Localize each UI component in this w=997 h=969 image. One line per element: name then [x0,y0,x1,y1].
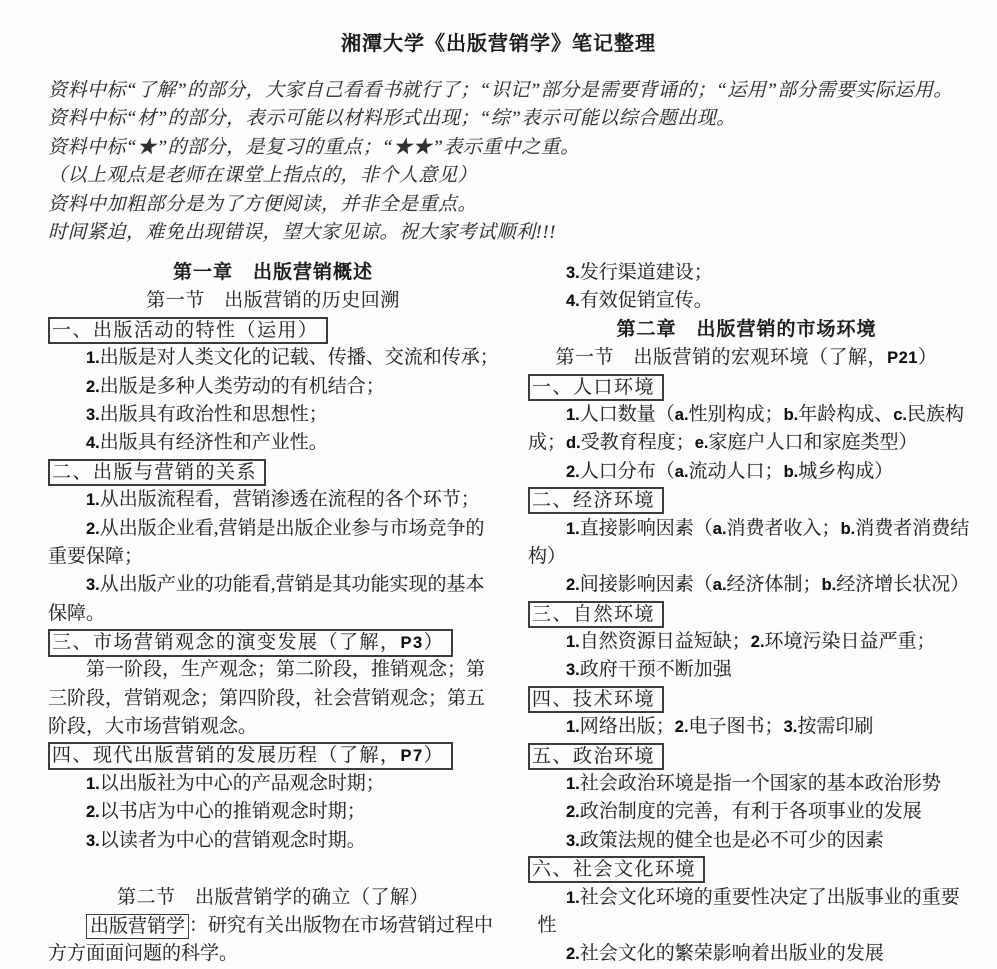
doc-line: 1.出版是对人类文化的记载、传播、交流和传承； [48,344,498,372]
bold-marker-text: 2. [566,576,580,594]
doc-line: 第一阶段，生产观念；第二阶段，推销观念；第 [48,656,498,684]
intro-line: 资料中标“了解”的部分，大家自己看看书就行了；“识记”部分是需要背诵的；“运用”… [48,77,957,105]
boxed-heading-line: 五、政治环境 [528,742,965,770]
boxed-heading-line: 二、出版与营销的关系 [48,458,498,486]
inline-boxed-term: 出版营销学 [86,914,189,939]
text-run: 第一节 出版营销的历史回溯 [146,290,400,311]
text-run: 二、出版与营销的关系 [52,462,257,483]
bold-marker-text: P3 [401,634,424,652]
text-run: 流动人口； [689,461,784,482]
text-run: 五、政治环境 [532,746,655,767]
text-run: 间接影响因素（ [580,574,713,595]
text-run: 发行渠道建设； [580,262,713,283]
text-run: 以读者为中心的营销观念时期。 [100,830,366,851]
text-run: 直接影响因素（ [580,518,713,539]
doc-line: 1.人口数量（a.性别构成；b.年龄构成、c.民族构 [528,401,965,429]
bold-marker-text: b. [784,406,799,424]
page-title: 湘潭大学《出版营销学》笔记整理 [0,0,997,56]
boxed-heading-line: 二、经济环境 [528,486,965,514]
doc-line: 4.出版具有经济性和产业性。 [48,429,498,457]
intro-line: 资料中加粗部分是为了方便阅读，并非全是重点。 [48,191,957,219]
bold-marker-text: b. [841,520,856,538]
text-run: 社会文化的繁荣影响着出版业的发展 [580,943,884,964]
text-run: 性 [538,915,557,936]
doc-line: 1.从出版流程看，营销渗透在流程的各个环节； [48,486,498,514]
text-run: 政治制度的完善，有利于各项事业的发展 [580,801,922,822]
doc-line: 成；d.受教育程度；e.家庭户人口和家庭类型） [528,429,965,457]
text-run: 社会政治环境是指一个国家的基本政治形势 [580,773,941,794]
text-run: 阶段，大市场营销观念。 [48,716,257,737]
doc-line: 三阶段，营销观念；第四阶段，社会营销观念；第五 [48,685,498,713]
document-page: 湘潭大学《出版营销学》笔记整理 资料中标“了解”的部分，大家自己看看书就行了；“… [0,0,997,969]
bold-marker-text: P21 [887,349,918,367]
doc-line: 出版营销学：研究有关出版物在市场营销过程中 [48,912,498,940]
text-run: 有效促销宣传。 [580,290,713,311]
intro-notes: 资料中标“了解”的部分，大家自己看看书就行了；“识记”部分是需要背诵的；“运用”… [48,77,957,247]
text-run: 出版是对人类文化的记载、传播、交流和传承； [100,347,499,368]
bold-marker-text: c. [893,406,907,424]
text-run: 第一章 出版营销概述 [173,262,373,283]
heading-box: 二、出版与营销的关系 [48,459,266,486]
text-run: 出版具有政治性和思想性； [100,404,328,425]
intro-line: （以上观点是老师在课堂上指点的，非个人意见） [48,162,957,190]
doc-line: 构） [528,543,965,571]
doc-line: 保障。 [48,600,498,628]
doc-line: 重要保障； [48,543,498,571]
text-run: 网络出版； [580,716,675,737]
text-run: 二、经济环境 [532,490,655,511]
text-run: 以出版社为中心的产品观念时期； [100,773,385,794]
doc-line: 1.社会政治环境是指一个国家的基本政治形势 [528,770,965,798]
doc-line: 性 [528,912,965,940]
doc-line: 2.出版是多种人类劳动的有机结合； [48,373,498,401]
text-run: 构） [528,546,566,567]
bold-marker-text: 3. [566,264,580,282]
bold-marker-text: 1. [566,775,580,793]
text-run: 第一节 出版营销的宏观环境（了解， [556,347,888,368]
doc-line: 2.以书店为中心的推销观念时期； [48,798,498,826]
text-run: 六、社会文化环境 [532,859,696,880]
right-column: 3.发行渠道建设；4.有效促销宣传。第二章 出版营销的市场环境第一节 出版营销的… [528,259,965,969]
text-run: 政府干预不断加强 [580,659,732,680]
bold-marker-text: 3. [566,832,580,850]
bold-marker-text: a. [675,406,689,424]
intro-line: 时间紧迫，难免出现错误，望大家见谅。祝大家考试顺利!!! [48,219,957,247]
doc-line: 4.有效促销宣传。 [528,287,965,315]
section-heading: 第二节 出版营销学的确立（了解） [48,884,498,912]
bold-marker-text: 2. [675,718,689,736]
bold-marker-text: 2. [86,803,100,821]
two-column-layout: 第一章 出版营销概述第一节 出版营销的历史回溯一、出版活动的特性（运用）1.出版… [48,259,965,969]
text-run: 城乡构成） [798,461,893,482]
bold-marker-text: 1. [86,775,100,793]
text-run: 电子图书； [689,716,784,737]
doc-line: 方方面面问题的科学。 [48,940,498,968]
text-run: 出版具有经济性和产业性。 [100,432,328,453]
doc-line: 1.社会文化环境的重要性决定了出版事业的重要 [528,884,965,912]
doc-line: 1.网络出版；2.电子图书；3.按需印刷 [528,713,965,741]
bold-marker-text: 1. [86,349,100,367]
bold-marker-text: 3. [566,661,580,679]
doc-line: 3.政策法规的健全也是必不可少的因素 [528,827,965,855]
text-run: 人口数量（ [580,404,675,425]
text-run: 出版是多种人类劳动的有机结合； [100,376,385,397]
bold-marker-text: 2. [751,633,765,651]
bold-marker-text: a. [675,463,689,481]
text-run: 年龄构成、 [798,404,893,425]
bold-marker-text: a. [713,520,727,538]
heading-box: 四、现代出版营销的发展历程（了解，P7） [48,742,453,770]
text-run: ） [424,632,445,653]
heading-box: 二、经济环境 [528,487,664,514]
text-run: 人口分布（ [580,461,675,482]
text-run: 成； [528,432,566,453]
text-run: 经济体制； [727,574,822,595]
text-run: 从出版产业的功能看,营销是其功能实现的基本 [100,574,485,595]
text-run: 经济增长状况） [836,574,969,595]
heading-box: 三、市场营销观念的演变发展（了解，P3） [48,629,453,657]
boxed-heading-line: 三、市场营销观念的演变发展（了解，P3） [48,628,498,656]
bold-marker-text: 1. [86,491,100,509]
text-run: 从出版企业看,营销是出版企业参与市场竞争的 [100,518,485,539]
text-run: 一、出版活动的特性（运用） [52,320,319,341]
bold-marker-text: b. [784,463,799,481]
text-run: ） [424,745,445,766]
doc-line: 3.出版具有政治性和思想性； [48,401,498,429]
intro-line: 资料中标“材”的部分，表示可能以材料形式出现；“综”表示可能以综合题出现。 [48,105,957,133]
doc-line: 3.从出版产业的功能看,营销是其功能实现的基本 [48,571,498,599]
bold-marker-text: 1. [566,718,580,736]
doc-line: 3.以读者为中心的营销观念时期。 [48,827,498,855]
doc-line: 2.间接影响因素（a.经济体制；b.经济增长状况） [528,571,965,599]
intro-line: 资料中标“★”的部分，是复习的重点；“★★”表示重中之重。 [48,134,957,162]
text-run: 三、市场营销观念的演变发展（了解， [52,632,401,653]
heading-box: 五、政治环境 [528,743,664,770]
left-column: 第一章 出版营销概述第一节 出版营销的历史回溯一、出版活动的特性（运用）1.出版… [48,259,498,969]
text-run: ） [918,347,938,368]
heading-box: 三、自然环境 [528,601,664,628]
bold-marker-text: 2. [566,945,580,963]
text-run: ：研究有关出版物在市场营销过程中 [189,915,493,936]
text-run: 环境污染日益严重； [765,631,936,652]
bold-marker-text: 4. [566,292,580,310]
bold-marker-text: d. [566,434,581,452]
text-run: 保障。 [48,603,105,624]
blank-line [48,855,498,883]
text-run: 自然资源日益短缺； [580,631,751,652]
text-run: 三、自然环境 [532,604,655,625]
boxed-heading-line: 四、技术环境 [528,685,965,713]
heading-box: 四、技术环境 [528,686,664,713]
heading-box: 六、社会文化环境 [528,856,705,883]
bold-marker-text: a. [713,576,727,594]
text-run: 消费者消费结 [855,518,969,539]
text-run: 从出版流程看，营销渗透在流程的各个环节； [100,489,480,510]
boxed-heading-line: 六、社会文化环境 [528,855,965,883]
text-run: 一、人口环境 [532,377,655,398]
bold-marker-text: 1. [566,406,580,424]
doc-line: 1.直接影响因素（a.消费者收入；b.消费者消费结 [528,515,965,543]
text-run: 受教育程度； [581,432,695,453]
doc-line: 1.以出版社为中心的产品观念时期； [48,770,498,798]
bold-marker-text: 3. [86,576,100,594]
text-run: 家庭户人口和家庭类型） [708,432,917,453]
text-run: 重要保障； [48,546,143,567]
section-heading: 第一节 出版营销的宏观环境（了解，P21） [528,344,965,372]
doc-line: 2.人口分布（a.流动人口；b.城乡构成） [528,458,965,486]
bold-marker-text: 1. [566,520,580,538]
boxed-heading-line: 四、现代出版营销的发展历程（了解，P7） [48,742,498,770]
text-run: 第二章 出版营销的市场环境 [616,319,876,340]
text-run: 四、技术环境 [532,689,655,710]
chapter-heading: 第二章 出版营销的市场环境 [528,316,965,344]
bold-marker-text: 2. [566,803,580,821]
text-run: 性别构成； [689,404,784,425]
bold-marker-text: b. [822,576,837,594]
bold-marker-text: e. [695,434,709,452]
bold-marker-text: 4. [86,434,100,452]
bold-marker-text: P7 [401,747,424,765]
bold-marker-text: 3. [86,406,100,424]
bold-marker-text: 2. [86,378,100,396]
bold-marker-text: 3. [784,718,798,736]
doc-line: 1.自然资源日益短缺；2.环境污染日益严重； [528,628,965,656]
boxed-heading-line: 一、出版活动的特性（运用） [48,316,498,344]
heading-box: 一、出版活动的特性（运用） [48,317,328,344]
bold-marker-text: 2. [566,463,580,481]
bold-marker-text: 3. [86,832,100,850]
text-run: 政策法规的健全也是必不可少的因素 [580,830,884,851]
text-run: 第一阶段，生产观念；第二阶段，推销观念；第 [86,659,485,680]
boxed-heading-line: 一、人口环境 [528,373,965,401]
section-heading: 第一节 出版营销的历史回溯 [48,287,498,315]
text-run: 消费者收入； [727,518,841,539]
doc-line: 2.政治制度的完善，有利于各项事业的发展 [528,798,965,826]
text-run: 社会文化环境的重要性决定了出版事业的重要 [580,887,960,908]
text-run: 以书店为中心的推销观念时期； [100,801,366,822]
text-run: 方方面面问题的科学。 [48,943,238,964]
bold-marker-text: 1. [566,889,580,907]
bold-marker-text: 2. [86,520,100,538]
bold-marker-text: 1. [566,633,580,651]
doc-line: 2.从出版企业看,营销是出版企业参与市场竞争的 [48,515,498,543]
boxed-heading-line: 三、自然环境 [528,600,965,628]
heading-box: 一、人口环境 [528,374,664,401]
text-run: 四、现代出版营销的发展历程（了解， [52,745,401,766]
text-run: 三阶段，营销观念；第四阶段，社会营销观念；第五 [48,688,485,709]
chapter-heading: 第一章 出版营销概述 [48,259,498,287]
doc-line: 2.社会文化的繁荣影响着出版业的发展 [528,940,965,968]
text-run: 民族构 [907,404,964,425]
doc-line: 3.政府干预不断加强 [528,656,965,684]
text-run: 按需印刷 [797,716,873,737]
doc-line: 3.发行渠道建设； [528,259,965,287]
doc-line: 阶段，大市场营销观念。 [48,713,498,741]
text-run: 第二节 出版营销学的确立（了解） [117,887,429,908]
